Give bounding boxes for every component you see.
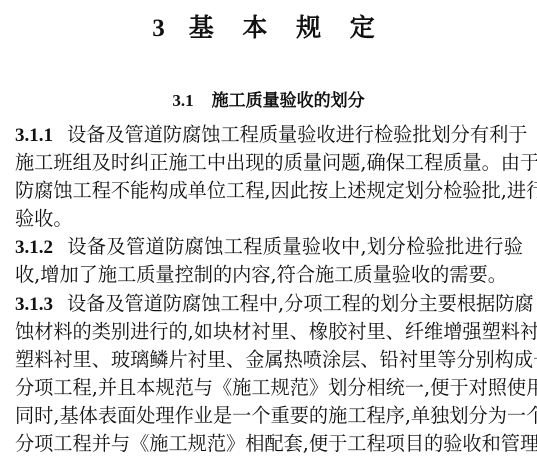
- section-title: 施工质量验收的划分: [212, 91, 365, 111]
- text-line: 分项工程并与《施工规范》相配套,便于工程项目的验收和管理。: [15, 430, 523, 458]
- text-line: 防腐蚀工程不能构成单位工程,因此按上述规定划分检验批,进行: [15, 177, 523, 205]
- clause-3-1-1: 3.1.1设备及管道防腐蚀工程质量验收进行检验批划分有利于 施工班组及时纠正施工…: [15, 121, 523, 233]
- text-line: 3.1.2设备及管道防腐蚀工程质量验收中,划分检验批进行验: [15, 233, 523, 261]
- chapter-number: 3: [152, 15, 175, 42]
- clause-3-1-2: 3.1.2设备及管道防腐蚀工程质量验收中,划分检验批进行验 收,增加了施工质量控…: [15, 233, 523, 289]
- text-line: 分项工程,并且本规范与《施工规范》划分相统一,便于对照使用。: [15, 374, 523, 402]
- clause-number: 3.1.2: [15, 237, 53, 258]
- text-line: 塑料衬里、玻璃鳞片衬里、金属热喷涂层、铅衬里等分别构成一个: [15, 346, 523, 374]
- text-line: 施工班组及时纠正施工中出现的质量问题,确保工程质量。由于: [15, 149, 523, 177]
- chapter-title: 基 本 规 定: [189, 13, 385, 42]
- text-line: 验收。: [15, 205, 523, 233]
- clause-3-1-3: 3.1.3设备及管道防腐蚀工程中,分项工程的划分主要根据防腐 蚀材料的类别进行的…: [15, 290, 523, 459]
- chapter-heading: 3基 本 规 定: [0, 8, 537, 44]
- text-line: 收,增加了施工质量控制的内容,符合施工质量验收的需要。: [15, 261, 523, 289]
- section-number: 3.1: [172, 91, 193, 110]
- clause-number: 3.1.3: [15, 294, 53, 315]
- text-line: 3.1.3设备及管道防腐蚀工程中,分项工程的划分主要根据防腐: [15, 290, 523, 318]
- section-heading: 3.1施工质量验收的划分: [0, 86, 537, 111]
- text-line: 3.1.1设备及管道防腐蚀工程质量验收进行检验批划分有利于: [15, 121, 523, 149]
- body-text: 3.1.1设备及管道防腐蚀工程质量验收进行检验批划分有利于 施工班组及时纠正施工…: [15, 121, 523, 458]
- text-line: 同时,基体表面处理作业是一个重要的施工程序,单独划分为一个: [15, 402, 523, 430]
- clause-number: 3.1.1: [15, 125, 53, 146]
- text-line: 蚀材料的类别进行的,如块材衬里、橡胶衬里、纤维增强塑料衬里、: [15, 318, 523, 346]
